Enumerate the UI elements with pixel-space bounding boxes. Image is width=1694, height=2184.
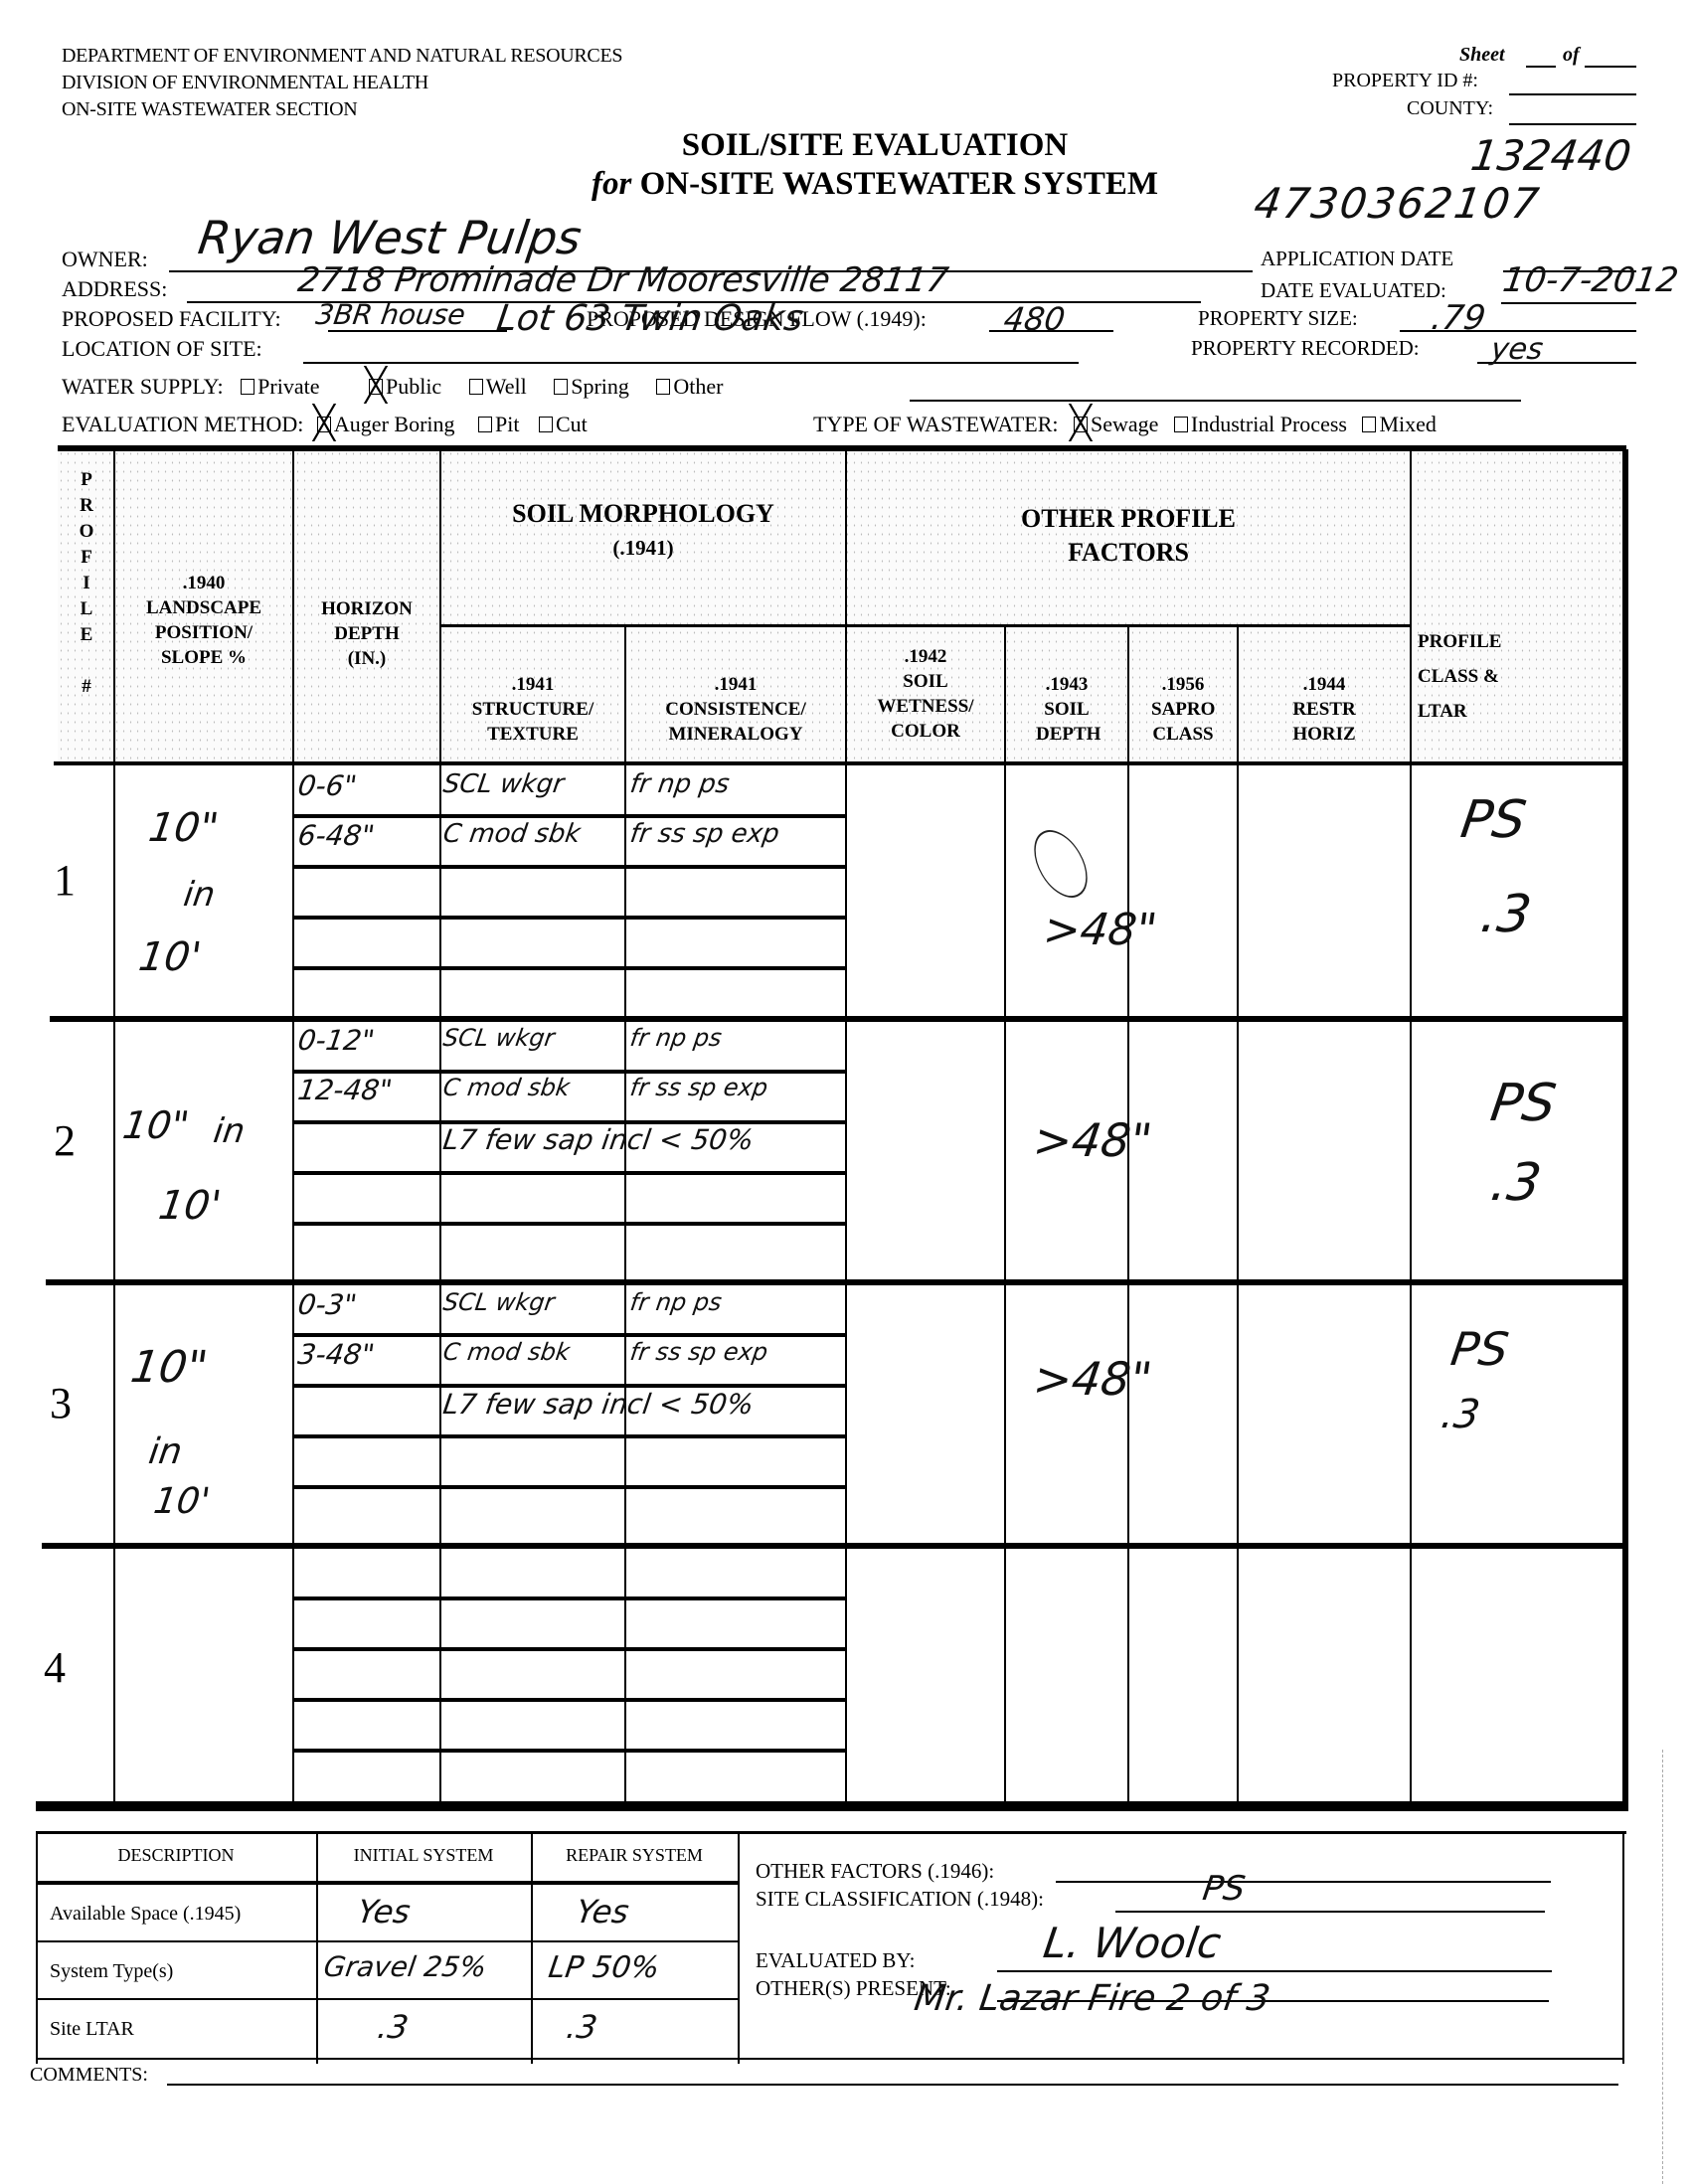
systems-bottom-border (36, 2058, 1624, 2060)
horizon-depth: 12-48" (296, 1074, 395, 1106)
application-date-label: APPLICATION DATE (1261, 247, 1453, 271)
systems-left-border (36, 1831, 38, 2064)
horizon-row-line (292, 1222, 845, 1226)
property-recorded-label: PROPERTY RECORDED: (1191, 336, 1420, 361)
landscape-value: in (181, 875, 218, 915)
landscape-value: 10' (136, 934, 204, 980)
consistence-mineralogy: fr np ps (628, 1288, 724, 1316)
water-supply-other[interactable]: Other (656, 374, 723, 400)
soil-morphology-header: SOIL MORPHOLOGY (.1941) (441, 497, 845, 565)
evaluation-method-row: EVALUATION METHOD: Auger Boring Pit Cut (62, 412, 609, 437)
checkbox-mixed[interactable] (1362, 417, 1376, 432)
initial-value: Gravel 25% (322, 1950, 489, 1983)
site-classification-value: PS (1200, 1869, 1248, 1909)
sheet-total-field[interactable] (1585, 66, 1636, 68)
structure-texture: C mod sbk (441, 819, 583, 849)
ltar: .3 (1439, 1392, 1483, 1437)
property-size-value: .79 (1429, 298, 1488, 338)
horizon-row-line (292, 1434, 845, 1438)
consistence-mineralogy: fr ss sp exp (628, 819, 781, 849)
initial-system-header: INITIAL SYSTEM (316, 1845, 531, 1866)
proposed-facility-label: PROPOSED FACILITY: (62, 306, 281, 332)
county-label: COUNTY: (1407, 97, 1493, 120)
method-auger-boring[interactable]: Auger Boring (317, 412, 455, 437)
other-factors-label: OTHER FACTORS (.1946): (756, 1859, 994, 1884)
others-present-value: Mr. Lazar Fire 2 of 3 (912, 1978, 1272, 2019)
structure-texture-header: .1941 STRUCTURE/ TEXTURE (441, 672, 624, 747)
checkbox-well[interactable] (469, 379, 483, 395)
other-profile-factors-header: OTHER PROFILE FACTORS (847, 502, 1410, 570)
checkbox-private[interactable] (241, 379, 254, 395)
horizon-row-line (292, 1749, 845, 1753)
systems-col-divider (316, 1831, 318, 2064)
structure-texture: C mod sbk (441, 1074, 572, 1101)
date-evaluated-field[interactable] (1501, 302, 1636, 304)
initial-value: Yes (355, 1893, 413, 1931)
water-supply-label: WATER SUPPLY: (62, 374, 224, 399)
agency-line-1: DEPARTMENT OF ENVIRONMENT AND NATURAL RE… (62, 42, 622, 70)
site-classification-label: SITE CLASSIFICATION (.1948): (756, 1887, 1044, 1912)
wastewater-type-label: TYPE OF WASTEWATER: (813, 412, 1059, 436)
scribble-mark (1023, 821, 1098, 907)
location-label: LOCATION OF SITE: (62, 336, 262, 362)
consistence-mineralogy: fr np ps (628, 769, 732, 799)
agency-line-2: DIVISION OF ENVIRONMENTAL HEALTH (62, 69, 622, 96)
repair-value: LP 50% (547, 1950, 662, 1985)
horizon-row-line (292, 916, 845, 920)
table-right-border (1622, 449, 1628, 1807)
handwritten-id-1: 132440 (1468, 131, 1634, 180)
restr-horiz-header: .1944 RESTR HORIZ (1239, 672, 1410, 747)
repair-value: Yes (574, 1893, 631, 1931)
location-field[interactable] (303, 362, 1079, 364)
soil-depth-header: .1943 SOIL DEPTH (1006, 672, 1127, 747)
col-divider (1237, 626, 1239, 1803)
row-divider (50, 1016, 1624, 1022)
structure-texture: C mod sbk (441, 1338, 572, 1366)
profile-class: PS (1447, 1322, 1512, 1376)
ltar: .3 (1487, 1153, 1545, 1213)
water-supply-private[interactable]: Private (241, 374, 319, 400)
profile-class: PS (1457, 790, 1530, 850)
header-bottom (54, 761, 1624, 765)
water-supply-row: WATER SUPPLY: Private Public Well Spring… (62, 374, 745, 400)
structure-texture: L7 few sap incl < 50% (441, 1388, 756, 1421)
wastewater-type-row: TYPE OF WASTEWATER: Sewage Industrial Pr… (813, 412, 1458, 437)
landscape-value: in (211, 1111, 248, 1151)
horizon-depth: 6-48" (296, 819, 377, 852)
ltar: .3 (1477, 885, 1535, 944)
evaluated-by-value: L. Woolc (1041, 1919, 1225, 1967)
water-supply-public[interactable]: Public (369, 374, 441, 400)
consistence-header: .1941 CONSISTENCE/ MINERALOGY (626, 672, 845, 747)
horizon-row-line (292, 865, 845, 869)
landscape-value: 10" (146, 805, 222, 851)
evaluated-by-field[interactable] (997, 1970, 1552, 1972)
wastewater-industrial[interactable]: Industrial Process (1174, 412, 1347, 437)
handwritten-id-2: 4730362107 (1252, 179, 1544, 228)
checkbox-sewage[interactable] (1074, 417, 1088, 432)
description-header: DESCRIPTION (36, 1845, 316, 1866)
horizon-row-line (292, 814, 845, 818)
agency-line-3: ON-SITE WASTEWATER SECTION (62, 95, 622, 123)
repair-system-header: REPAIR SYSTEM (531, 1845, 738, 1866)
county-field[interactable] (1509, 123, 1636, 125)
consistence-mineralogy: fr ss sp exp (628, 1074, 769, 1101)
method-cut[interactable]: Cut (539, 412, 588, 437)
sheet-label-group: Sheet (1459, 44, 1505, 67)
property-size-label: PROPERTY SIZE: (1198, 306, 1358, 331)
profile-class: PS (1487, 1074, 1560, 1133)
soil-wetness-header: .1942 SOIL WETNESS/ COLOR (847, 644, 1004, 744)
consistence-mineralogy: fr ss sp exp (628, 1338, 769, 1366)
checkbox-cut[interactable] (539, 417, 553, 432)
consistence-mineralogy: fr np ps (628, 1024, 724, 1052)
checkbox-other[interactable] (656, 379, 670, 395)
checkbox-public[interactable] (369, 379, 383, 395)
systems-header-divider (36, 1881, 738, 1885)
structure-texture: L7 few sap incl < 50% (441, 1123, 756, 1156)
horizon-row-line (292, 1596, 845, 1600)
form-title-main: ON-SITE WASTEWATER SYSTEM (640, 166, 1158, 202)
col-divider (624, 626, 626, 1803)
profile-number-header: PROFILE # (60, 467, 113, 700)
landscape-value: 10' (156, 1183, 224, 1229)
date-evaluated-value: 10-7-2012 (1500, 260, 1681, 300)
systems-right-border (1622, 1831, 1624, 2064)
landscape-header: .1940 LANDSCAPE POSITION/ SLOPE % (115, 571, 292, 670)
address-label: ADDRESS: (62, 276, 167, 302)
structure-texture: SCL wkgr (441, 1288, 557, 1316)
repair-value: .3 (564, 2008, 599, 2046)
wastewater-mixed[interactable]: Mixed (1362, 412, 1436, 437)
checkbox-spring[interactable] (554, 379, 568, 395)
table-bottom-border (36, 1801, 1628, 1811)
method-pit[interactable]: Pit (478, 412, 519, 437)
water-supply-other-field[interactable] (910, 400, 1521, 402)
agency-header: DEPARTMENT OF ENVIRONMENT AND NATURAL RE… (62, 42, 622, 123)
row-divider (46, 1279, 1624, 1285)
comments-label: COMMENTS: (30, 2064, 148, 2087)
horizon-depth: 0-6" (296, 769, 359, 802)
horizon-depth-header: HORIZON DEPTH (IN.) (294, 596, 439, 671)
evaluation-method-label: EVALUATION METHOD: (62, 412, 303, 436)
owner-value: Ryan West Pulps (195, 211, 585, 264)
sheet-label: Sheet (1459, 44, 1505, 66)
initial-value: .3 (375, 2008, 411, 2046)
profile-number: 4 (30, 1642, 80, 1693)
systems-row-divider (36, 1998, 738, 2000)
structure-texture: SCL wkgr (441, 1024, 557, 1052)
proposed-facility-value: 3BR house (314, 298, 467, 331)
scan-edge-artifact (1662, 1750, 1663, 2184)
water-supply-well[interactable]: Well (469, 374, 527, 400)
horizon-row-line (292, 1698, 845, 1702)
evaluated-by-label: EVALUATED BY: (756, 1948, 915, 1973)
systems-row-divider (36, 1940, 738, 1942)
row-description: System Type(s) (50, 1960, 173, 1983)
profile-number: 3 (36, 1378, 85, 1428)
col-divider (1410, 449, 1412, 1803)
soil-depth: >48" (1030, 1352, 1155, 1406)
form-title-line-2: for ON-SITE WASTEWATER SYSTEM (477, 166, 1272, 203)
wastewater-sewage[interactable]: Sewage (1074, 412, 1158, 437)
checkbox-industrial[interactable] (1174, 417, 1188, 432)
form-title: SOIL/SITE EVALUATION for ON-SITE WASTEWA… (477, 127, 1272, 203)
horizon-row-line (292, 1171, 845, 1175)
checkbox-auger-boring[interactable] (317, 417, 331, 432)
horizon-depth: 0-12" (296, 1024, 377, 1057)
landscape-value: 10" (127, 1342, 210, 1393)
property-recorded-value: yes (1489, 332, 1546, 367)
row-divider (42, 1543, 1624, 1549)
soil-depth: >48" (1040, 905, 1159, 955)
sheet-of-label: of (1563, 44, 1580, 67)
systems-top-border (36, 1831, 1626, 1834)
horizon-depth: 3-48" (296, 1338, 377, 1371)
design-flow-value: 480 (1001, 300, 1067, 338)
row-description: Available Space (.1945) (50, 1903, 241, 1926)
address-value: 2718 Prominade Dr Mooresville 28117 (295, 260, 950, 300)
horizon-row-line (292, 1647, 845, 1651)
profile-class-header: PROFILE CLASS & LTAR (1418, 624, 1537, 729)
landscape-value: 10" (120, 1103, 192, 1147)
horizon-depth: 0-3" (296, 1288, 359, 1321)
other-factors-field[interactable] (1056, 1881, 1551, 1883)
sapro-class-header: .1956 SAPRO CLASS (1129, 672, 1237, 747)
structure-texture: SCL wkgr (441, 769, 566, 799)
horizon-row-line (292, 966, 845, 970)
landscape-value: in (146, 1431, 185, 1472)
owner-label: OWNER: (62, 247, 148, 272)
col-divider (1004, 626, 1006, 1803)
date-evaluated-label: DATE EVALUATED: (1261, 278, 1446, 303)
col-divider (1127, 626, 1129, 1803)
header-divider (439, 624, 1410, 627)
systems-col-divider (738, 1831, 740, 2064)
soil-depth: >48" (1030, 1113, 1155, 1167)
systems-col-divider (531, 1831, 533, 2064)
profile-number: 1 (40, 855, 89, 906)
sheet-number-field[interactable] (1526, 66, 1556, 68)
site-classification-field[interactable] (1115, 1911, 1545, 1913)
checkbox-pit[interactable] (478, 417, 492, 432)
row-description: Site LTAR (50, 2018, 134, 2041)
property-id-field[interactable] (1509, 93, 1636, 95)
water-supply-spring[interactable]: Spring (554, 374, 629, 400)
horizon-row-line (292, 1485, 845, 1489)
form-title-line-1: SOIL/SITE EVALUATION (477, 127, 1272, 164)
location-value: Lot 63 Twin Oaks (494, 298, 805, 339)
horizon-row-line (292, 1333, 845, 1337)
landscape-value: 10' (151, 1481, 212, 1522)
profile-number: 2 (40, 1115, 89, 1166)
form-title-prefix: for (592, 166, 631, 202)
property-id-label: PROPERTY ID #: (1332, 70, 1478, 92)
comments-field[interactable] (167, 2084, 1618, 2086)
